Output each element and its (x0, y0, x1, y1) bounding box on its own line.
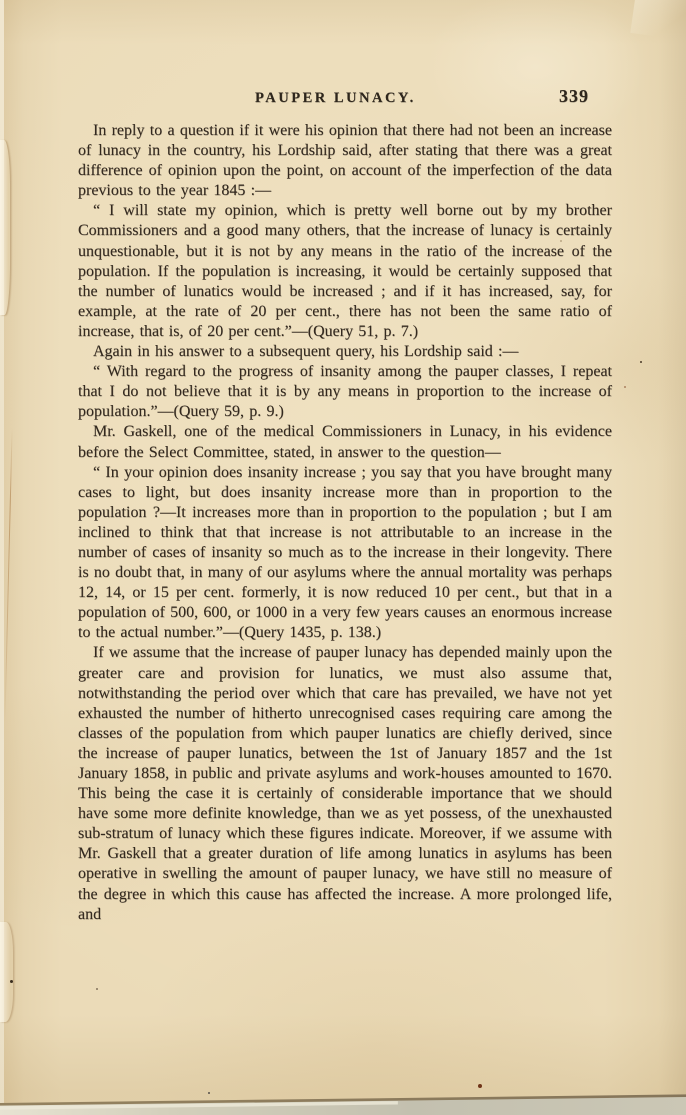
body-paragraph: Mr. Gaskell, one of the medical Commissi… (78, 422, 612, 462)
torn-paper-flap-top (0, 140, 10, 315)
running-header: PAUPER LUNACY. 339 (78, 90, 612, 110)
body-paragraph: In reply to a question if it were his op… (78, 121, 612, 201)
foxing-speck (96, 988, 98, 990)
foxing-speck (478, 1084, 482, 1088)
paper-crease (4, 428, 12, 723)
body-paragraph: If we assume that the increase of pauper… (78, 643, 612, 924)
body-paragraph: “ With regard to the progress of insanit… (78, 362, 612, 422)
running-header-title: PAUPER LUNACY. (255, 90, 416, 107)
foxing-speck (208, 1092, 210, 1094)
body-paragraph: “ I will state my opinion, which is pret… (78, 201, 612, 342)
text-block: PAUPER LUNACY. 339 In reply to a questio… (78, 90, 612, 925)
foxing-speck (640, 361, 642, 363)
foxing-speck (624, 386, 626, 388)
corner-highlight (630, 0, 686, 43)
page-number: 339 (559, 86, 589, 107)
body-text: In reply to a question if it were his op… (78, 121, 612, 925)
body-paragraph: Again in his answer to a subsequent quer… (78, 342, 612, 362)
body-paragraph: “ In your opinion does insanity increase… (78, 463, 612, 644)
scanned-book-page: PAUPER LUNACY. 339 In reply to a questio… (0, 0, 686, 1115)
torn-paper-flap-bottom (0, 922, 13, 1022)
foxing-speck (10, 980, 13, 983)
